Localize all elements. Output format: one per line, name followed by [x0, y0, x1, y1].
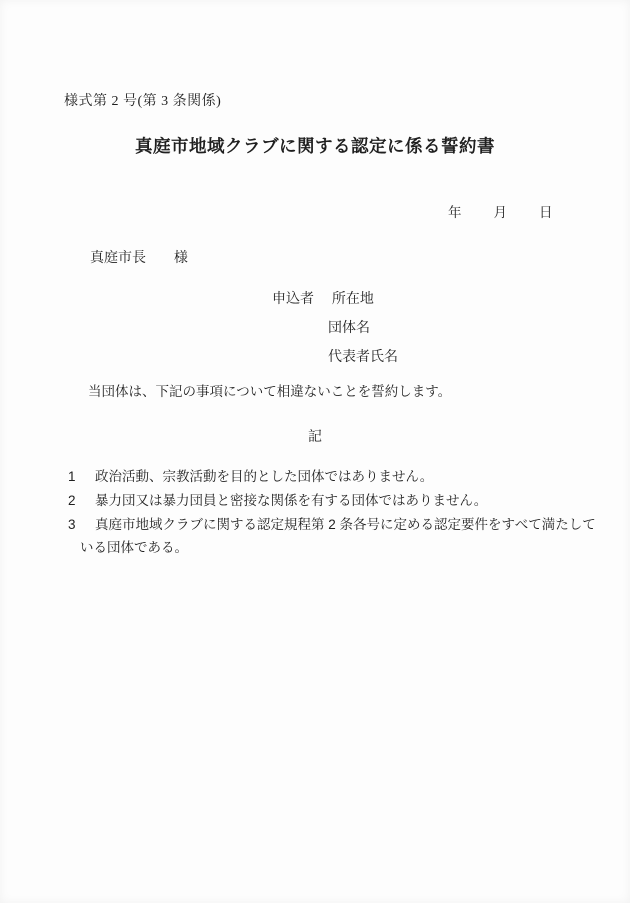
- pledge-item-3-continuation: いる団体である。: [80, 541, 188, 555]
- addressee-honorific: 様: [174, 249, 188, 265]
- applicant-label: 申込者: [272, 290, 314, 306]
- list-heading: 記: [0, 429, 630, 443]
- pledge-statement: 当団体は、下記の事項について相違ないことを誓約します。: [88, 385, 451, 399]
- applicant-row-org-name: 団体名: [272, 320, 398, 334]
- applicant-row-representative: 代表者氏名: [272, 349, 398, 363]
- addressee-name: 真庭市長: [90, 249, 146, 265]
- field-label-location: 所在地: [332, 290, 374, 306]
- date-line: 年 月 日: [448, 206, 553, 220]
- applicant-row-location: 申込者 所在地: [272, 291, 398, 305]
- addressee-line: 真庭市長 様: [90, 250, 188, 264]
- applicant-section: 申込者 所在地 団体名 代表者氏名: [272, 291, 398, 363]
- day-label: 日: [539, 206, 553, 220]
- item-3-text: 真庭市地域クラブに関する認定規程第 2 条各号に定める認定要件をすべて満たして: [95, 517, 596, 532]
- pledge-document-page: 様式第 2 号(第 3 条関係) 真庭市地域クラブに関する認定に係る誓約書 年 …: [0, 0, 630, 903]
- pledge-item-1: 1政治活動、宗教活動を目的とした団体ではありません。: [68, 470, 433, 484]
- item-1-text: 政治活動、宗教活動を目的とした団体ではありません。: [95, 469, 433, 484]
- document-title: 真庭市地域クラブに関する認定に係る誓約書: [0, 138, 630, 156]
- field-label-org-name: 団体名: [328, 319, 370, 335]
- item-1-number: 1: [68, 470, 95, 484]
- form-number: 様式第 2 号(第 3 条関係): [64, 95, 221, 109]
- item-3-number: 3: [68, 518, 95, 532]
- pledge-item-3: 3真庭市地域クラブに関する認定規程第 2 条各号に定める認定要件をすべて満たして: [68, 518, 596, 532]
- pledge-item-2: 2暴力団又は暴力団員と密接な関係を有する団体ではありません。: [68, 494, 487, 508]
- item-2-number: 2: [68, 494, 95, 508]
- item-2-text: 暴力団又は暴力団員と密接な関係を有する団体ではありません。: [95, 493, 487, 508]
- month-label: 月: [494, 206, 508, 220]
- field-label-representative: 代表者氏名: [328, 348, 398, 364]
- year-label: 年: [448, 206, 462, 220]
